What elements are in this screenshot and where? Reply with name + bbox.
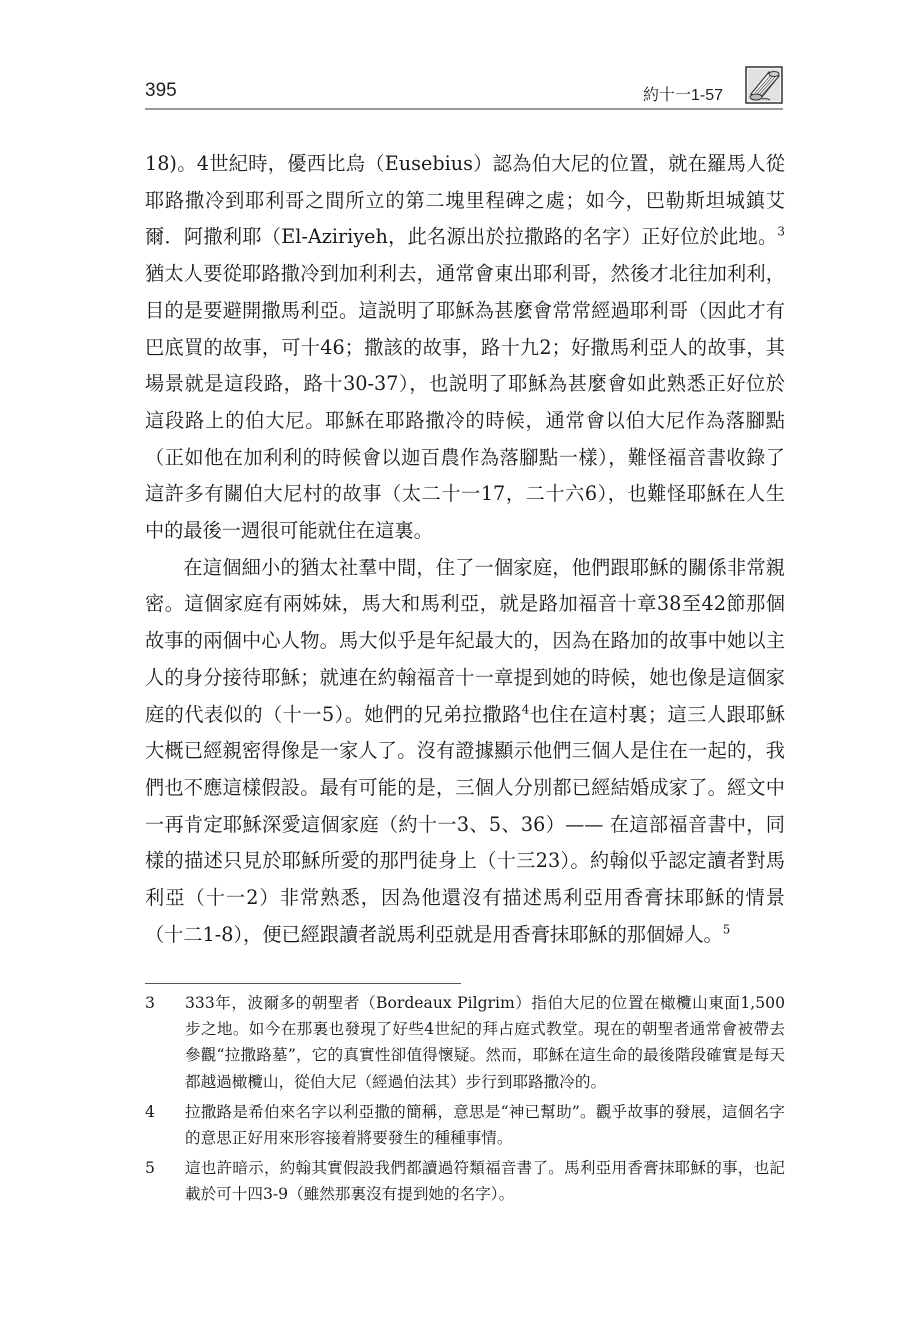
footnote-ref[interactable]: 5	[723, 922, 731, 936]
footnote-number: 5	[145, 1155, 185, 1207]
footnote-ref[interactable]: 3	[777, 225, 785, 239]
footnote-text: 拉撒路是希伯來名字以利亞撒的簡稱，意思是“神已幫助”。觀乎故事的發展，這個名字的…	[185, 1099, 785, 1151]
footnotes: 3 333年，波爾多的朝聖者（Bordeaux Pilgrim）指伯大尼的位置在…	[145, 990, 785, 1208]
main-text: 18)。4世紀時，優西比烏（Eusebius）認為伯大尼的位置，就在羅馬人從耶路…	[145, 146, 785, 953]
header-rule	[145, 108, 783, 110]
footnote-number: 4	[145, 1099, 185, 1151]
running-header: 395 約十一1-57	[145, 66, 785, 108]
footnote: 5 這也許暗示，約翰其實假設我們都讀過符類福音書了。馬利亞用香膏抹耶穌的事，也記…	[145, 1155, 785, 1207]
page-number: 395	[145, 80, 177, 102]
footnote-number: 3	[145, 990, 185, 1095]
scroll-icon	[745, 66, 783, 104]
running-title: 約十一1-57	[643, 82, 723, 105]
footnote: 3 333年，波爾多的朝聖者（Bordeaux Pilgrim）指伯大尼的位置在…	[145, 990, 785, 1095]
paragraph: 18)。4世紀時，優西比烏（Eusebius）認為伯大尼的位置，就在羅馬人從耶路…	[145, 146, 785, 550]
footnote-text: 333年，波爾多的朝聖者（Bordeaux Pilgrim）指伯大尼的位置在橄欖…	[185, 990, 785, 1095]
footnote: 4 拉撒路是希伯來名字以利亞撒的簡稱，意思是“神已幫助”。觀乎故事的發展，這個名…	[145, 1099, 785, 1151]
paragraph: 在這個細小的猶太社羣中間，住了一個家庭，他們跟耶穌的關係非常親密。這個家庭有兩姊…	[145, 550, 785, 954]
footnote-text: 這也許暗示，約翰其實假設我們都讀過符類福音書了。馬利亞用香膏抹耶穌的事，也記載於…	[185, 1155, 785, 1207]
footnote-rule	[145, 983, 461, 984]
